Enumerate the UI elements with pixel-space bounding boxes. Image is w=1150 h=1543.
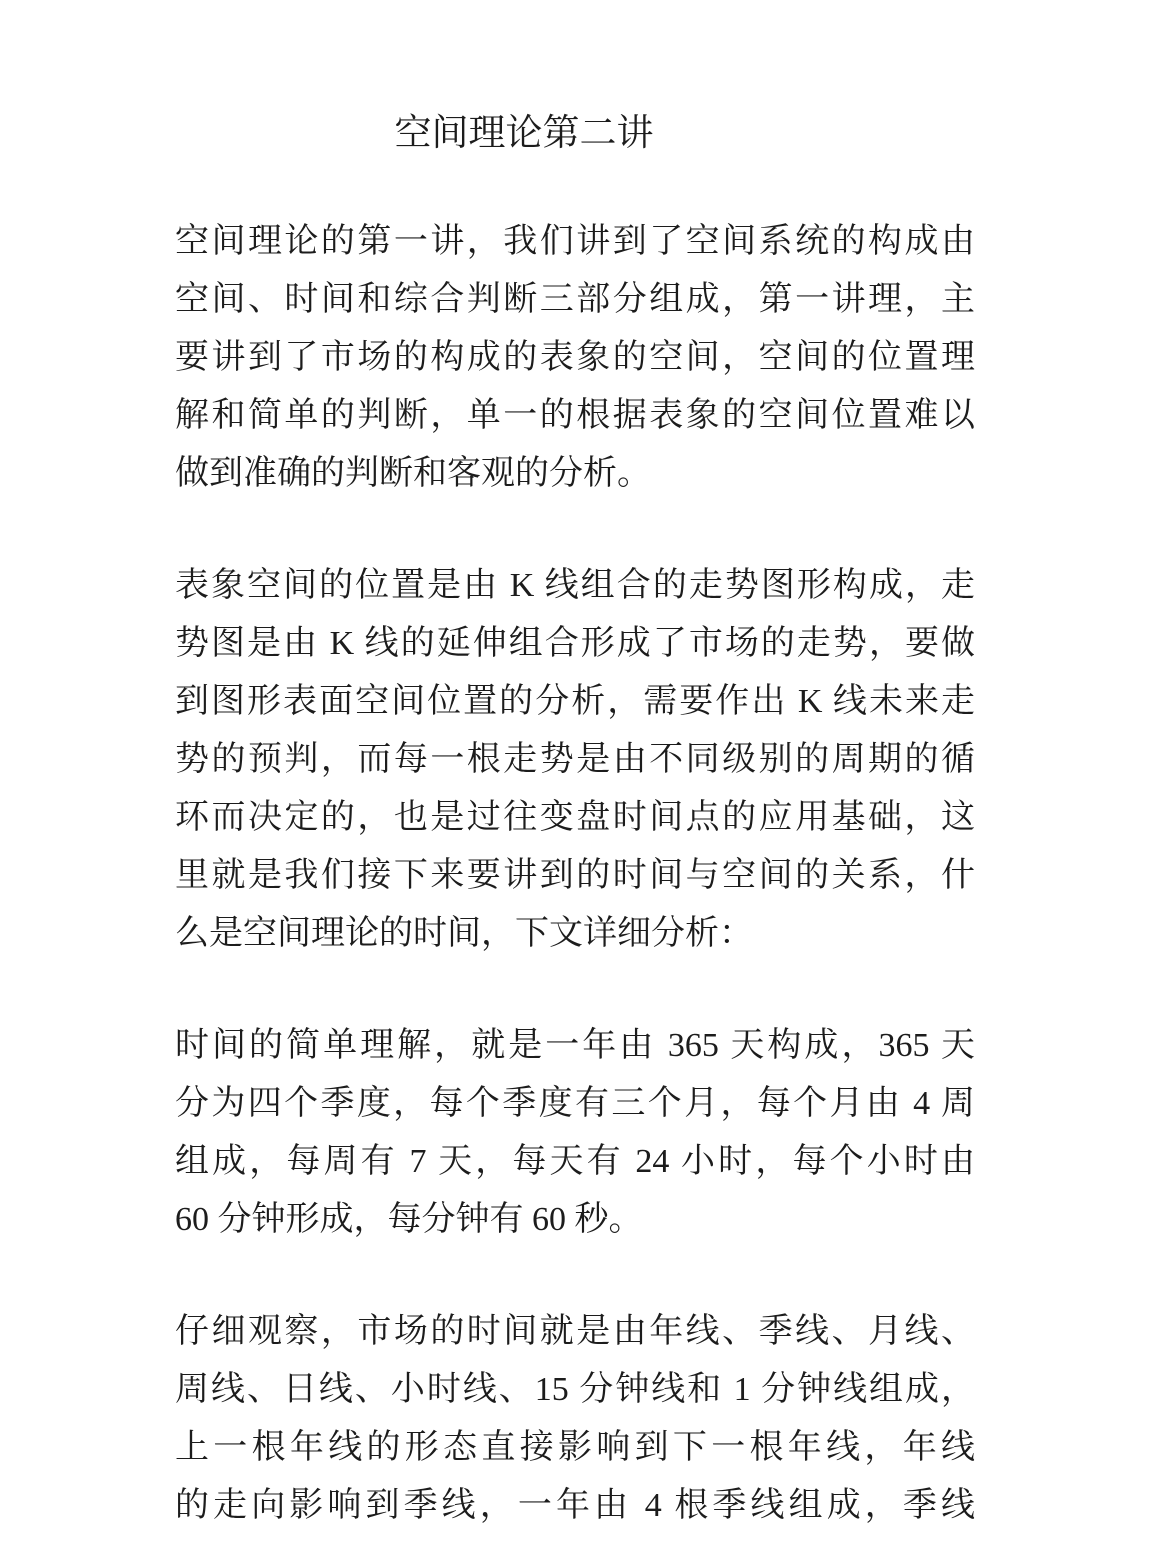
text-line: 仔细观察，市场的时间就是由年线、季线、月线、	[175, 1303, 975, 1361]
text-line: 时间的简单理解，就是一年由 365 天构成，365 天	[175, 1017, 975, 1075]
text-line: 到图形表面空间位置的分析，需要作出 K 线未来走	[175, 673, 975, 731]
text-line: 的走向影响到季线，一年由 4 根季线组成，季线	[175, 1477, 975, 1535]
text-line: 做到准确的判断和客观的分析。	[175, 445, 975, 503]
text-line: 要讲到了市场的构成的表象的空间，空间的位置理	[175, 329, 975, 387]
text-line: 里就是我们接下来要讲到的时间与空间的关系，什	[175, 847, 975, 905]
text-line: 势的预判，而每一根走势是由不同级别的周期的循	[175, 731, 975, 789]
text-line: 势图是由 K 线的延伸组合形成了市场的走势，要做	[175, 615, 975, 673]
text-line: 么是空间理论的时间，下文详细分析：	[175, 905, 975, 963]
paragraph: 空间理论的第一讲，我们讲到了空间系统的构成由 空间、时间和综合判断三部分组成，第…	[175, 213, 975, 503]
text-line: 空间理论的第一讲，我们讲到了空间系统的构成由	[175, 213, 975, 271]
text-line: 空间、时间和综合判断三部分组成，第一讲理，主	[175, 271, 975, 329]
paragraph: 时间的简单理解，就是一年由 365 天构成，365 天 分为四个季度，每个季度有…	[175, 1017, 975, 1249]
text-line: 周线、日线、小时线、15 分钟线和 1 分钟线组成，	[175, 1361, 975, 1419]
text-line: 分为四个季度，每个季度有三个月，每个月由 4 周	[175, 1075, 975, 1133]
paragraph: 表象空间的位置是由 K 线组合的走势图形构成，走 势图是由 K 线的延伸组合形成…	[175, 557, 975, 963]
document-page: 空间理论第二讲 空间理论的第一讲，我们讲到了空间系统的构成由 空间、时间和综合判…	[0, 0, 1150, 1543]
text-line: 60 分钟形成，每分钟有 60 秒。	[175, 1191, 975, 1249]
text-line: 环而决定的，也是过往变盘时间点的应用基础，这	[175, 789, 975, 847]
paragraph: 仔细观察，市场的时间就是由年线、季线、月线、 周线、日线、小时线、15 分钟线和…	[175, 1303, 975, 1535]
text-block: 空间理论第二讲 空间理论的第一讲，我们讲到了空间系统的构成由 空间、时间和综合判…	[175, 105, 975, 1535]
text-line: 表象空间的位置是由 K 线组合的走势图形构成，走	[175, 557, 975, 615]
text-line: 解和简单的判断，单一的根据表象的空间位置难以	[175, 387, 975, 445]
document-title: 空间理论第二讲	[175, 105, 975, 163]
text-line: 上一根年线的形态直接影响到下一根年线，年线	[175, 1419, 975, 1477]
text-line: 组成，每周有 7 天，每天有 24 小时，每个小时由	[175, 1133, 975, 1191]
